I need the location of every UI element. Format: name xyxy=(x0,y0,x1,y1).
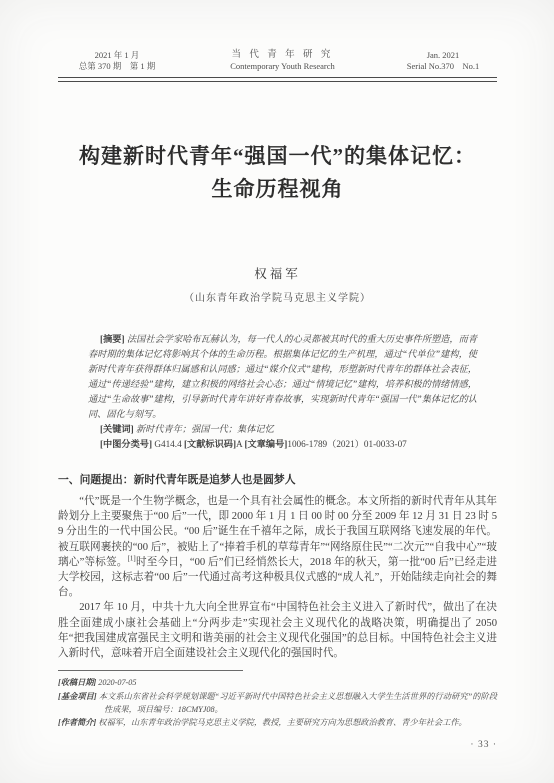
footnote-received-date: [收稿日期] 2020-07-05 xyxy=(58,676,497,689)
article-id-label: [文章编号] xyxy=(244,439,287,449)
clc-value: G414.4 xyxy=(154,439,184,449)
footnote-divider xyxy=(58,670,243,671)
footnote-author-bio: [作者简介] 权福军，山东青年政治学院马克思主义学院，教授，主要研究方向为思想政… xyxy=(58,716,497,729)
abstract: [摘要] 法国社会学家哈布瓦赫认为，每一代人的心灵都被其时代的重大历史事件所塑造… xyxy=(88,332,477,422)
clc-label: [中图分类号] xyxy=(100,439,154,449)
reference-marker-1: [1] xyxy=(128,554,136,562)
article-title-line1: 构建新时代青年“强国一代”的集体记忆： xyxy=(79,144,476,168)
header-issue-info-en: Jan. 2021 Serial No.370 No.1 xyxy=(389,50,497,72)
footnote-fund-project: [基金项目] 本文系山东省社会科学规划课题“习近平新时代中国特色社会主义思想融入… xyxy=(58,690,497,717)
fund-project-label: [基金项目] xyxy=(58,692,99,701)
header-date-en: Jan. 2021 xyxy=(389,50,497,61)
header-serial-cn: 总第 370 期 第 1 期 xyxy=(58,61,176,72)
received-date-label: [收稿日期] xyxy=(58,678,98,687)
journal-name: 当 代 青 年 研 究 Contemporary Youth Research xyxy=(176,50,389,72)
header-divider xyxy=(58,77,497,82)
page-number: · 33 · xyxy=(58,740,497,750)
section-1-heading: 一、问题提出：新时代青年既是追梦人也是圆梦人 xyxy=(58,472,497,487)
received-date-value: 2020-07-05 xyxy=(98,678,136,687)
footnotes: [收稿日期] 2020-07-05 [基金项目] 本文系山东省社会科学规划课题“… xyxy=(58,676,497,730)
header-serial-en: Serial No.370 No.1 xyxy=(389,61,497,72)
body-paragraph-2: 2017 年 10 月，中共十九大向全世界宣布“中国特色社会主义进入了新时代”，… xyxy=(58,600,497,661)
article-id-value: 1006-1789（2021）01-0033-07 xyxy=(287,439,406,449)
keywords-text: 新时代青年；强国一代；集体记忆 xyxy=(136,424,274,434)
journal-page: 2021 年 1 月 总第 370 期 第 1 期 当 代 青 年 研 究 Co… xyxy=(0,0,554,783)
keywords: [关键词] 新时代青年；强国一代；集体记忆 xyxy=(88,422,477,437)
header-date-cn: 2021 年 1 月 xyxy=(58,50,176,61)
journal-name-en: Contemporary Youth Research xyxy=(176,61,389,72)
author-name: 权福军 xyxy=(58,264,497,282)
author-bio-label: [作者简介] xyxy=(58,718,98,727)
body-paragraph-1: “代”既是一个生物学概念，也是一个具有社会属性的概念。本文所指的新时代青年从其年… xyxy=(58,494,497,600)
journal-header: 2021 年 1 月 总第 370 期 第 1 期 当 代 青 年 研 究 Co… xyxy=(58,50,497,72)
article-meta: [摘要] 法国社会学家哈布瓦赫认为，每一代人的心灵都被其时代的重大历史事件所塑造… xyxy=(88,332,477,452)
fund-project-text: 本文系山东省社会科学规划课题“习近平新时代中国特色社会主义思想融入大学生生活世界… xyxy=(99,692,497,714)
keywords-label: [关键词] xyxy=(100,424,136,434)
article-title: 构建新时代青年“强国一代”的集体记忆： 生命历程视角 xyxy=(58,140,497,206)
abstract-label: [摘要] xyxy=(100,334,127,344)
abstract-text: 法国社会学家哈布瓦赫认为，每一代人的心灵都被其时代的重大历史事件所塑造，而青春时… xyxy=(88,334,477,419)
author-bio-text: 权福军，山东青年政治学院马克思主义学院，教授，主要研究方向为思想政治教育、青少年… xyxy=(98,718,466,727)
header-issue-info-cn: 2021 年 1 月 总第 370 期 第 1 期 xyxy=(58,50,176,72)
doc-code-label: [文献标识码] xyxy=(184,439,236,449)
journal-name-cn: 当 代 青 年 研 究 xyxy=(176,50,389,61)
classification-line: [中图分类号] G414.4 [文献标识码]A [文章编号]1006-1789（… xyxy=(88,437,477,452)
article-title-line2: 生命历程视角 xyxy=(212,177,344,201)
author-affiliation: （山东青年政治学院马克思主义学院） xyxy=(58,289,497,304)
